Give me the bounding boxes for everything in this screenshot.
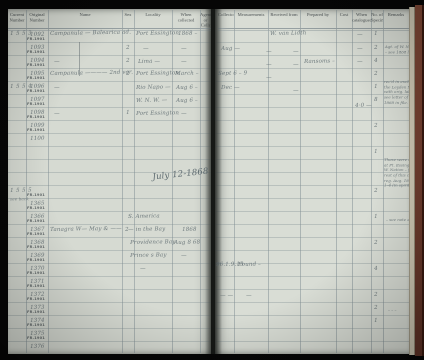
handwriting-entry: 4	[374, 265, 378, 272]
handwriting-entry: 2	[374, 70, 378, 77]
register-stamp: FR.1901	[27, 323, 45, 327]
handwriting-entry: Campanula — Balearica ad.	[50, 29, 131, 37]
handwriting-entry: 1	[126, 109, 130, 116]
column-header-when-collected: When collected	[172, 11, 200, 28]
remarks-note: – – –	[388, 308, 396, 313]
column-rule	[26, 10, 27, 353]
handwriting-entry: 2	[374, 239, 378, 246]
column-header-remarks: Remarks	[383, 11, 409, 28]
column-header-sex: Sex	[122, 11, 134, 28]
handwriting-entry: 2	[374, 44, 378, 51]
handwriting-entry: see back	[10, 197, 29, 202]
register-stamp: FR.1901	[27, 63, 45, 67]
column-header-label: Name	[48, 13, 122, 18]
column-header-label: Original Number	[26, 13, 48, 23]
column-rule	[371, 10, 372, 353]
column-header-label: Current Number	[8, 13, 26, 23]
row-rules-right	[215, 30, 409, 352]
register-stamp: FR.1901	[27, 37, 45, 41]
handwriting-entry: —	[181, 252, 187, 259]
handwriting-entry: 1	[374, 148, 378, 155]
column-header-cost: Cost	[336, 11, 352, 28]
handwriting-entry: Dec —	[221, 84, 240, 91]
register-stamp: FR.1901	[27, 89, 45, 93]
handwriting-entry: March –	[175, 70, 199, 77]
handwriting-entry: —	[246, 292, 252, 299]
handwriting-entry: Port Essington	[136, 69, 179, 76]
handwriting-entry: —	[266, 74, 272, 81]
handwriting-entry: 1868 –	[178, 30, 198, 37]
handwriting-entry: Rio Napo —	[136, 83, 171, 90]
handwriting-entry: —	[181, 45, 187, 52]
register-number: 1376	[30, 343, 45, 350]
handwriting-entry: S. America	[128, 212, 160, 219]
register-stamp: FR.1901	[27, 245, 45, 249]
handwriting-entry: 1	[374, 83, 378, 90]
column-header-label: No. of Specim.	[371, 13, 383, 23]
book-cover	[415, 5, 424, 356]
column-rule	[300, 10, 301, 353]
handwriting-entry: —	[181, 110, 187, 117]
handwriting-entry: —	[293, 61, 299, 68]
register-stamp: FR.1901	[27, 128, 45, 132]
register-stamp: FR.1901	[27, 102, 45, 106]
handwriting-entry: 2	[374, 187, 378, 194]
register-stamp: FR.1901	[27, 232, 45, 236]
column-header-current-number: Current Number	[8, 11, 26, 28]
handwriting-entry: —	[357, 45, 363, 52]
handwriting-entry: Port Essington	[136, 109, 179, 116]
column-header-locality: Locality	[134, 11, 172, 28]
column-header-when-catalogued: When catalogued	[352, 11, 371, 28]
handwriting-entry: —	[54, 84, 60, 91]
handwriting-entry: 2	[374, 122, 378, 129]
handwriting-entry: Aug 8 68	[174, 239, 200, 246]
handwriting-entry: Providence Bay	[130, 238, 176, 245]
column-header-label: Received from	[268, 13, 300, 18]
column-header-label: Cost	[336, 13, 352, 18]
column-header-label: Sex	[122, 13, 134, 18]
handwriting-entry: 8	[374, 96, 378, 103]
register-stamp: FR.1901	[27, 258, 45, 262]
register-stamp: FR.1901	[27, 193, 45, 197]
handwriting-entry: 1553	[10, 30, 34, 37]
handwriting-entry: 4·0 —	[355, 102, 372, 109]
column-rule	[336, 10, 337, 353]
handwriting-entry: Tanagra W— May & ——	[50, 225, 122, 233]
handwriting-entry: —	[357, 58, 363, 65]
handwriting-entry: —	[293, 87, 299, 94]
handwriting-entry: Prince s Bay	[130, 251, 167, 258]
header-rule	[218, 28, 409, 29]
handwriting-entry: 2	[126, 44, 130, 51]
column-header-label: When collected	[172, 13, 200, 23]
handwriting-entry: —	[140, 265, 146, 272]
handwriting-entry: 1	[374, 30, 378, 37]
column-header-label: Remarks	[383, 13, 409, 18]
handwriting-entry: 1	[374, 317, 378, 324]
column-header-original-number: Original Number	[26, 11, 48, 28]
handwriting-entry: 1554	[10, 83, 34, 90]
register-stamp: FR.1901	[27, 206, 45, 210]
handwriting-entry: Ransoms –	[304, 57, 335, 64]
handwriting-entry: 2	[126, 57, 130, 64]
register-stamp: FR.1901	[27, 271, 45, 275]
column-header-no-of-specim-: No. of Specim.	[371, 11, 383, 28]
handwriting-entry: —	[54, 58, 60, 65]
handwriting-entry: —	[357, 31, 363, 38]
register-stamp: FR.1901	[27, 297, 45, 301]
handwriting-entry: 1868	[182, 226, 197, 233]
handwriting-entry: — —	[220, 292, 233, 299]
handwriting-entry: 4	[374, 57, 378, 64]
handwriting-entry: Port Essington	[136, 29, 179, 36]
column-header-prepared-by: Prepared by	[300, 11, 336, 28]
register-stamp: FR.1901	[27, 50, 45, 54]
register-stamp: FR.1901	[27, 284, 45, 288]
register-number: 1100	[30, 135, 45, 142]
book-spine	[205, 9, 222, 354]
column-rule	[234, 10, 235, 353]
column-header-received-from: Received from	[268, 11, 300, 28]
handwriting-entry: Sept 6 – 9	[218, 69, 247, 76]
handwriting-entry: W. N. W. —	[136, 96, 167, 103]
register-stamp: FR.1901	[27, 219, 45, 223]
column-header-label: Locality	[134, 13, 172, 18]
column-header-label: When catalogued	[352, 13, 371, 23]
column-header-measurements: Measurements	[234, 11, 268, 28]
handwriting-entry: 2	[126, 70, 130, 77]
header-rule-2	[218, 30, 409, 31]
column-rule	[352, 10, 353, 353]
handwriting-entry: —	[181, 58, 187, 65]
handwriting-entry: —	[143, 45, 149, 52]
handwriting-entry: 1555	[10, 187, 34, 194]
column-rule	[172, 10, 173, 353]
handwriting-entry: Aug —	[221, 45, 240, 52]
register-stamp: FR.1901	[27, 310, 45, 314]
handwriting-entry: —	[266, 61, 272, 68]
column-header-name: Name	[48, 11, 122, 28]
handwriting-entry: 1	[374, 213, 378, 220]
handwriting-entry: —	[266, 48, 272, 55]
column-rule	[48, 10, 49, 353]
column-rule	[134, 10, 135, 353]
register-stamp: FR.1901	[27, 336, 45, 340]
handwriting-entry: Lima —	[138, 58, 160, 65]
column-header-label: Measurements	[234, 13, 268, 18]
ledger-photo: Current NumberOriginal NumberNameSexLoca…	[0, 0, 424, 360]
column-header-label: Prepared by	[300, 13, 336, 18]
handwriting-entry: W. van Lidth	[270, 29, 306, 36]
handwriting-entry: 2	[374, 291, 378, 298]
register-stamp: FR.1901	[27, 76, 45, 80]
ditto-stroke	[79, 42, 80, 76]
column-rule	[200, 10, 201, 353]
handwriting-entry: —	[54, 110, 60, 117]
handwriting-entry: Found –	[238, 261, 261, 268]
handwriting-entry: Aug 6 –	[176, 97, 198, 104]
column-rule	[122, 10, 123, 353]
handwriting-entry: — in the Bay	[128, 225, 165, 232]
handwriting-entry: 2	[374, 304, 378, 311]
register-stamp: FR.1901	[27, 115, 45, 119]
handwriting-entry: Aug 6 –	[176, 84, 198, 91]
handwriting-entry: —	[293, 48, 299, 55]
